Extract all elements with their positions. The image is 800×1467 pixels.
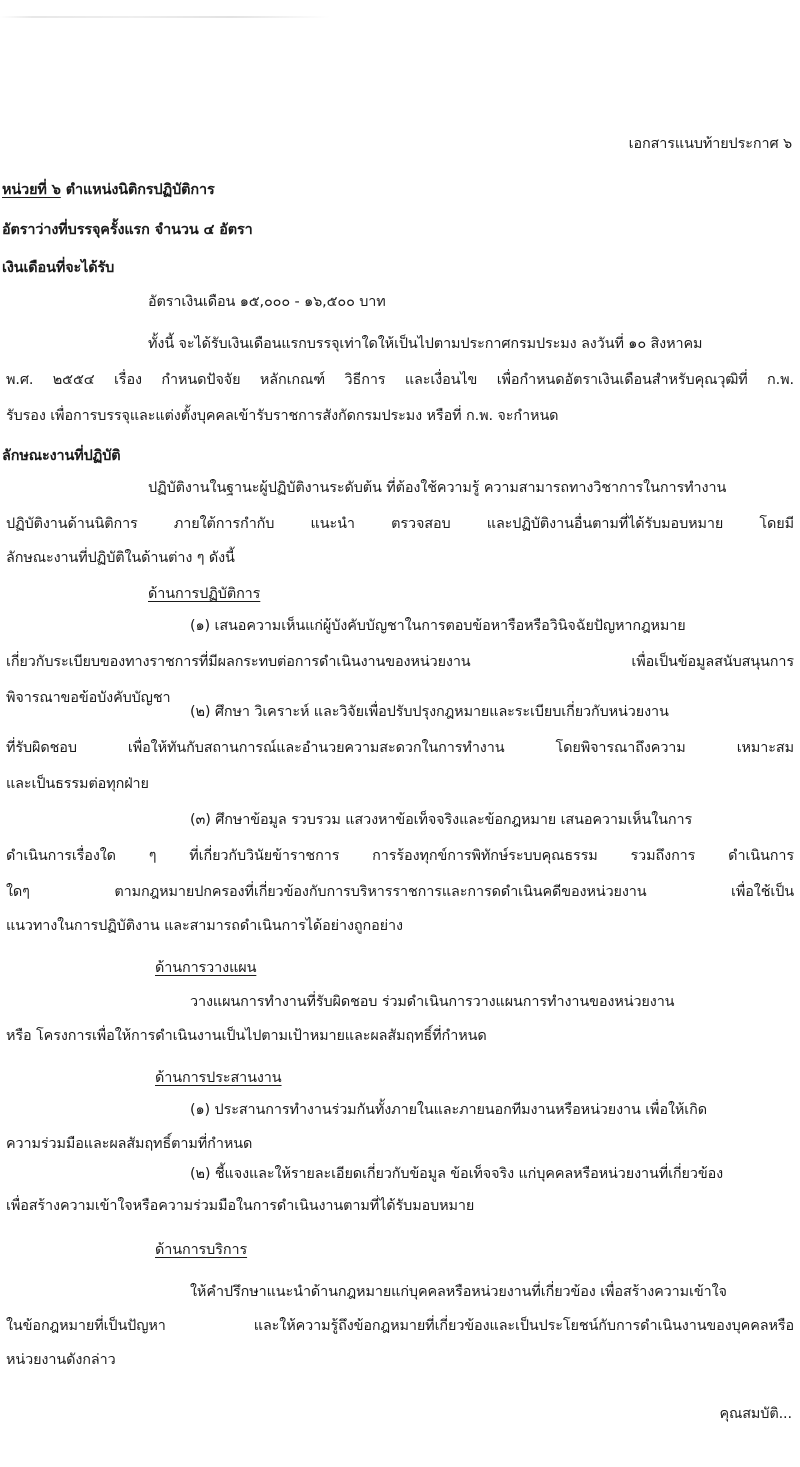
continued-label: คุณสมบัติ... (719, 1404, 792, 1424)
section-item-line: พิจารณาขอข้อบังคับบัญชา (6, 688, 171, 708)
position-title: ตำแหน่งนิติกรปฏิบัติการ (66, 182, 215, 198)
vacancy-text: อัตราว่างที่บรรจุครั้งแรก จำนวน ๔ อัตรา (2, 220, 253, 240)
salary-heading: เงินเดือนที่จะได้รับ (2, 258, 114, 278)
section-item-line: ในข้อกฎหมายที่เป็นปัญหา และให้ความรู้ถึง… (6, 1316, 794, 1336)
section-item-line: เกี่ยวกับระเบียบของทางราชการที่มีผลกระทบ… (6, 652, 794, 672)
scan-artifact-line (0, 16, 330, 18)
section-title-coordination: ด้านการประสานงาน (155, 1068, 282, 1088)
section-item-line: ที่รับผิดชอบ เพื่อให้ทันกับสถานการณ์และอ… (6, 738, 794, 758)
salary-rate: อัตราเงินเดือน ๑๕,๐๐๐ - ๑๖,๕๐๐ บาท (148, 292, 386, 312)
duties-intro-line: ลักษณะงานที่ปฏิบัติในด้านต่าง ๆ ดังนี้ (6, 548, 235, 568)
section-item-line: (๑) เสนอความเห็นแก่ผู้บังคับบัญชาในการตอ… (190, 616, 686, 636)
section-item-line: (๑) ประสานการทำงานร่วมกันทั้งภายในและภาย… (190, 1100, 707, 1120)
section-item-line: ดำเนินการเรื่องใด ๆ ที่เกี่ยวกับวินัยข้า… (6, 846, 794, 866)
unit-label: หน่วยที่ ๖ (2, 182, 61, 198)
section-item-line: ความร่วมมือและผลสัมฤทธิ์ตามที่กำหนด (6, 1134, 252, 1154)
salary-note-line: รับรอง เพื่อการบรรจุและแต่งตั้งบุคคลเข้า… (6, 406, 558, 426)
section-item-line: แนวทางในการปฏิบัติงาน และสามารถดำเนินการ… (6, 916, 403, 936)
section-item-line: หรือ โครงการเพื่อให้การดำเนินงานเป็นไปตา… (6, 1026, 487, 1046)
duties-intro-line: ปฏิบัติงานในฐานะผู้ปฏิบัติงานระดับต้น ที… (148, 478, 726, 498)
section-item-line: ใดๆ ตามกฎหมายปกครองที่เกี่ยวข้องกับการบร… (6, 882, 794, 902)
section-item-line: และเป็นธรรมต่อทุกฝ่าย (6, 774, 149, 794)
unit-heading: หน่วยที่ ๖ ตำแหน่งนิติกรปฏิบัติการ (2, 180, 215, 200)
salary-note-line: พ.ศ. ๒๕๕๔ เรื่อง กำหนดปัจจัย หลักเกณฑ์ ว… (6, 370, 794, 390)
section-item-line: เพื่อสร้างความเข้าใจหรือความร่วมมือในการ… (6, 1196, 474, 1216)
section-item-line: (๓) ศึกษาข้อมูล รวบรวม แสวงหาข้อเท็จจริง… (190, 810, 692, 830)
section-item-line: หน่วยงานดังกล่าว (6, 1350, 116, 1370)
section-item-line: ให้คำปรึกษาแนะนำด้านกฎหมายแก่บุคคลหรือหน… (190, 1282, 727, 1302)
annex-label: เอกสารแนบท้ายประกาศ ๖ (629, 134, 792, 154)
duties-intro-line: ปฏิบัติงานด้านนิติการ ภายใต้การกำกับ แนะ… (6, 514, 794, 534)
duties-heading: ลักษณะงานที่ปฏิบัติ (2, 446, 121, 466)
section-title-planning: ด้านการวางแผน (155, 958, 256, 978)
section-item-line: (๒) ชี้แจงและให้รายละเอียดเกี่ยวกับข้อมู… (190, 1164, 723, 1184)
salary-note-line: ทั้งนี้ จะได้รับเงินเดือนแรกบรรจุเท่าใดใ… (148, 334, 702, 354)
section-item-line: (๒) ศึกษา วิเคราะห์ และวิจัยเพื่อปรับปรุ… (190, 702, 669, 722)
section-title-service: ด้านการบริการ (155, 1240, 247, 1260)
section-item-line: วางแผนการทำงานที่รับผิดชอบ ร่วมดำเนินการ… (190, 992, 674, 1012)
section-title-operations: ด้านการปฏิบัติการ (148, 584, 260, 604)
